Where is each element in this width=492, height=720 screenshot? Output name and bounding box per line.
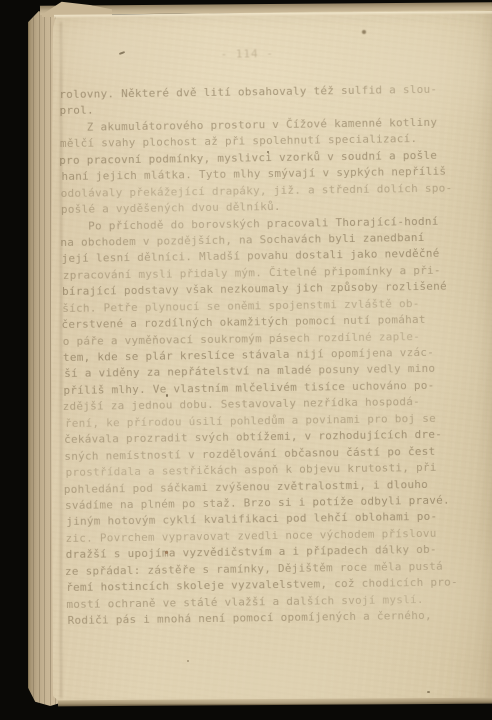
scanned-book-photo: - 114 - rolovny. Některé dvě lití obsaho… [0,0,492,720]
page-text: rolovny. Některé dvě lití obsahovaly též… [59,82,448,630]
page-number: - 114 - [59,45,436,63]
page-content: - 114 - rolovny. Některé dvě lití obsaho… [0,0,492,720]
